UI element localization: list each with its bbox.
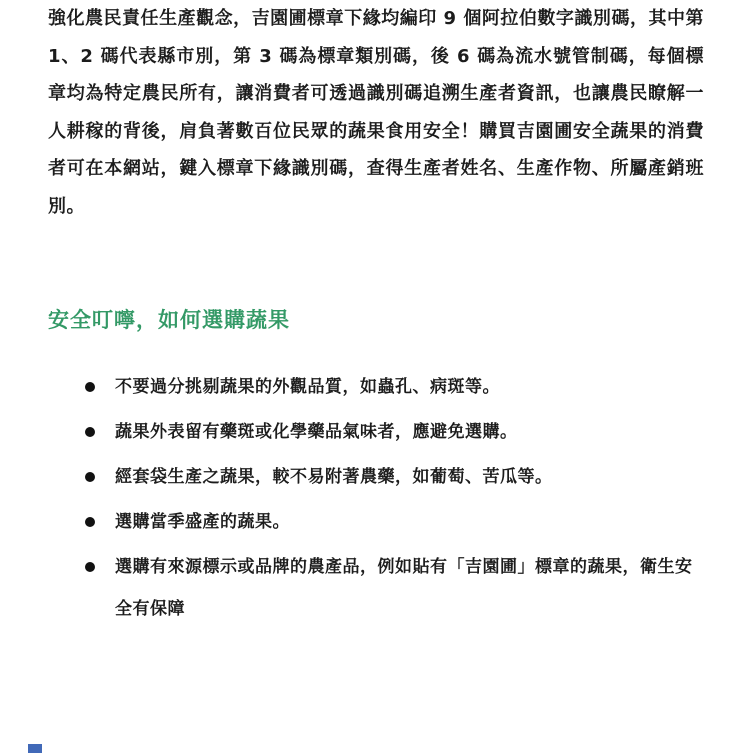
list-item: 選購當季盛產的蔬果。 [48, 501, 704, 543]
list-item: 蔬果外表留有藥斑或化學藥品氣味者，應避免選購。 [48, 411, 704, 453]
tips-list: 不要過分挑剔蔬果的外觀品質，如蟲孔、病斑等。 蔬果外表留有藥斑或化學藥品氣味者，… [48, 366, 704, 630]
section-heading: 安全叮嚀，如何選購蔬果 [48, 307, 704, 333]
list-item-text: 選購有來源標示或品牌的農產品，例如貼有「吉園圃」標章的蔬果，衛生安全有保障 [115, 557, 693, 619]
bullet-icon [85, 472, 95, 482]
list-item-text: 選購當季盛產的蔬果。 [115, 512, 290, 532]
content-area: 強化農民責任生產觀念，吉園圃標章下緣均編印 9 個阿拉伯數字識別碼，其中第 1、… [0, 0, 750, 630]
list-item: 經套袋生產之蔬果，較不易附著農藥，如葡萄、苦瓜等。 [48, 456, 704, 498]
bullet-icon [85, 382, 95, 392]
partial-footer-element [28, 744, 42, 753]
bullet-icon [85, 427, 95, 437]
list-item: 不要過分挑剔蔬果的外觀品質，如蟲孔、病斑等。 [48, 366, 704, 408]
list-item-text: 經套袋生產之蔬果，較不易附著農藥，如葡萄、苦瓜等。 [115, 467, 553, 487]
list-item: 選購有來源標示或品牌的農產品，例如貼有「吉園圃」標章的蔬果，衛生安全有保障 [48, 546, 704, 630]
bullet-icon [85, 517, 95, 527]
intro-paragraph: 強化農民責任生產觀念，吉園圃標章下緣均編印 9 個阿拉伯數字識別碼，其中第 1、… [48, 0, 704, 225]
page: 強化農民責任生產觀念，吉園圃標章下緣均編印 9 個阿拉伯數字識別碼，其中第 1、… [0, 0, 750, 753]
list-item-text: 蔬果外表留有藥斑或化學藥品氣味者，應避免選購。 [115, 422, 518, 442]
bullet-icon [85, 562, 95, 572]
list-item-text: 不要過分挑剔蔬果的外觀品質，如蟲孔、病斑等。 [115, 377, 500, 397]
